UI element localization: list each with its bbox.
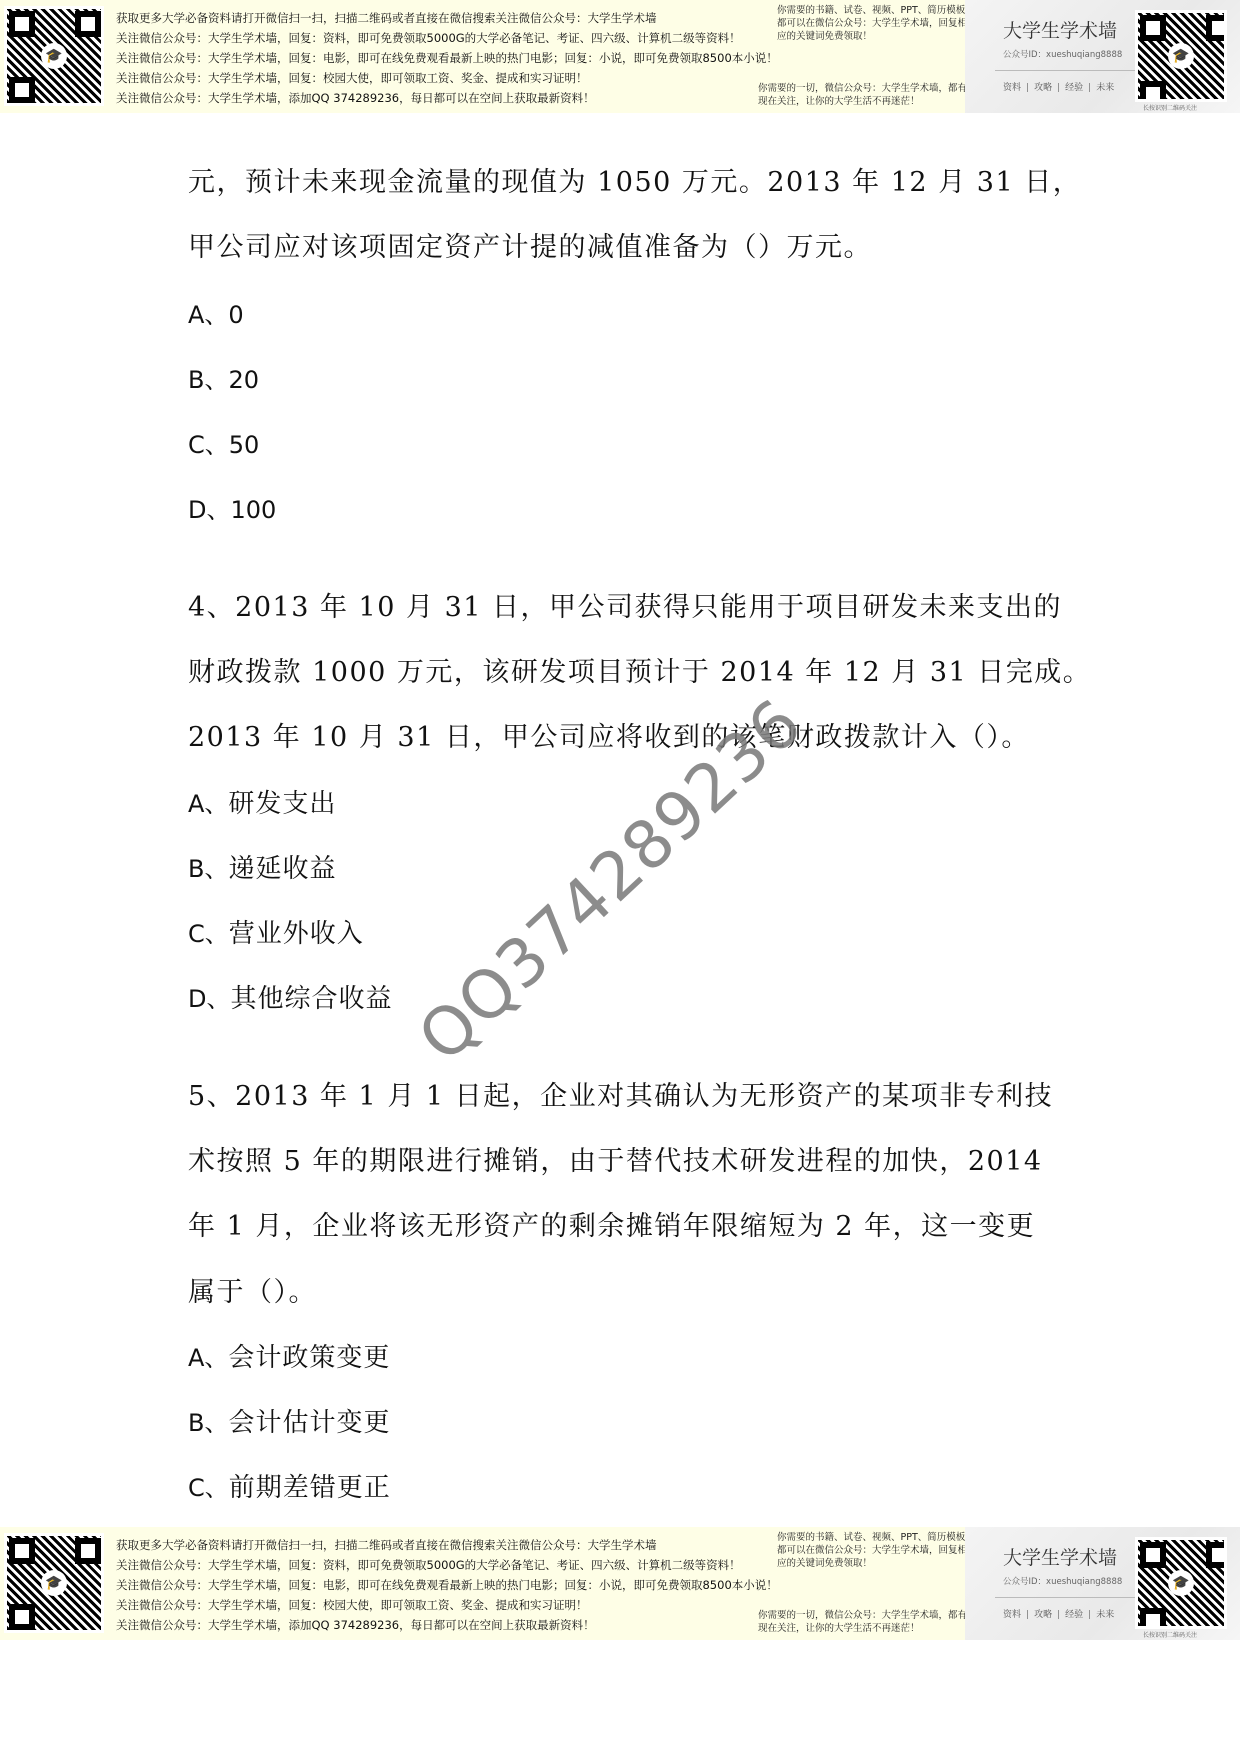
question3-option-a: A、0 xyxy=(188,295,244,335)
qr-code-right: 🎓 xyxy=(1135,1537,1227,1629)
promo-line: 关注微信公众号：大学生学术墙，添加QQ 374289236，每日都可以在空间上获… xyxy=(116,88,778,108)
side-note-bottom: 你需要的一切，微信公众号：大学生学术墙，都有！ 现在关注，让你的大学生活不再迷茫… xyxy=(758,1609,977,1635)
question4-option-a: A、研发支出 xyxy=(188,784,336,824)
brand-link: 经验 xyxy=(1065,83,1083,93)
option-text: 其他综合收益 xyxy=(230,984,392,1014)
option-key: A、 xyxy=(188,301,228,329)
qr-code-right: 🎓 xyxy=(1135,10,1227,102)
promo-line: 关注微信公众号：大学生学术墙，添加QQ 374289236，每日都可以在空间上获… xyxy=(116,1615,778,1635)
brand-title: 大学生学术墙 xyxy=(1003,16,1117,43)
question4-text-line: 2013 年 10 月 31 日，甲公司应将收到的该笔财政拨款计入（）。 xyxy=(188,718,1030,758)
question5-text-line: 年 1 月，企业将该无形资产的剩余摊销年限缩短为 2 年，这一变更 xyxy=(188,1207,1035,1247)
qr-pattern: 🎓 xyxy=(7,1536,101,1630)
option-key: A、 xyxy=(188,790,228,818)
qr-pattern: 🎓 xyxy=(1138,1540,1224,1626)
brand-link: 攻略 xyxy=(1034,1610,1052,1620)
brand-link: 未来 xyxy=(1096,1610,1114,1620)
brand-link: 资料 xyxy=(1003,1610,1021,1620)
footer-ad-banner: 🎓 获取更多大学必备资料请打开微信扫一扫，扫描二维码或者直接在微信搜索关注微信公… xyxy=(0,1527,1240,1640)
qr-caption: 长按识别二维码关注 xyxy=(1143,103,1197,112)
option-key: B、 xyxy=(188,1409,228,1437)
header-ad-banner: 🎓 获取更多大学必备资料请打开微信扫一扫，扫描二维码或者直接在微信搜索关注微信公… xyxy=(0,0,1240,113)
question5-text-line: 术按照 5 年的期限进行摊销，由于替代技术研发进程的加快，2014 xyxy=(188,1142,1043,1182)
promo-line: 关注微信公众号：大学生学术墙，回复：资料，即可免费领取5000G的大学必备笔记、… xyxy=(116,1555,778,1575)
separator: | xyxy=(1088,83,1091,93)
divider xyxy=(995,70,1135,71)
brand-link: 攻略 xyxy=(1034,83,1052,93)
question3-option-b: B、20 xyxy=(188,360,259,400)
option-key: C、 xyxy=(188,431,229,459)
promo-line: 关注微信公众号：大学生学术墙，回复：校园大使，即可领取工资、奖金、提成和实习证明… xyxy=(116,1595,778,1615)
separator: | xyxy=(1026,1610,1029,1620)
qr-caption: 长按识别二维码关注 xyxy=(1143,1630,1197,1639)
graduation-cap-icon: 🎓 xyxy=(41,43,67,69)
option-text: 前期差错更正 xyxy=(229,1473,391,1503)
side-note-line: 你需要的一切，微信公众号：大学生学术墙，都有！ xyxy=(758,82,977,95)
side-note-line: 你需要的一切，微信公众号：大学生学术墙，都有！ xyxy=(758,1609,977,1622)
option-key: D、 xyxy=(188,496,230,524)
option-key: B、 xyxy=(188,855,228,883)
question4-option-c: C、营业外收入 xyxy=(188,914,364,954)
brand-title: 大学生学术墙 xyxy=(1003,1543,1117,1570)
option-text: 20 xyxy=(228,366,259,394)
divider xyxy=(995,1597,1135,1598)
side-note-top: 你需要的书籍、试卷、视频、PPT、简历模板 都可以在微信公众号：大学生学术墙，回… xyxy=(777,1531,967,1570)
promo-line: 关注微信公众号：大学生学术墙，回复：校园大使，即可领取工资、奖金、提成和实习证明… xyxy=(116,68,778,88)
option-key: B、 xyxy=(188,366,228,394)
promo-text-block: 获取更多大学必备资料请打开微信扫一扫，扫描二维码或者直接在微信搜索关注微信公众号… xyxy=(116,8,778,108)
option-text: 营业外收入 xyxy=(229,919,364,949)
option-text: 研发支出 xyxy=(228,789,336,819)
promo-line: 关注微信公众号：大学生学术墙，回复：资料，即可免费领取5000G的大学必备笔记、… xyxy=(116,28,778,48)
question3-text-line: 甲公司应对该项固定资产计提的减值准备为（）万元。 xyxy=(188,228,872,268)
question3-option-c: C、50 xyxy=(188,425,259,465)
promo-line: 获取更多大学必备资料请打开微信扫一扫，扫描二维码或者直接在微信搜索关注微信公众号… xyxy=(116,1535,778,1555)
qr-pattern: 🎓 xyxy=(7,9,101,103)
option-key: C、 xyxy=(188,1474,229,1502)
question4-text-line: 财政拨款 1000 万元，该研发项目预计于 2014 年 12 月 31 日完成… xyxy=(188,653,1091,693)
qr-code-left: 🎓 xyxy=(4,1533,104,1633)
side-note-line: 都可以在微信公众号：大学生学术墙，回复相 xyxy=(777,1544,967,1557)
separator: | xyxy=(1057,1610,1060,1620)
option-key: D、 xyxy=(188,985,230,1013)
promo-line: 关注微信公众号：大学生学术墙，回复：电影，即可在线免费观看最新上映的热门电影；回… xyxy=(116,48,778,68)
question5-option-a: A、会计政策变更 xyxy=(188,1338,390,1378)
graduation-cap-icon: 🎓 xyxy=(1168,43,1194,69)
qr-code-left: 🎓 xyxy=(4,6,104,106)
option-text: 100 xyxy=(230,496,276,524)
brand-links: 资料|攻略|经验|未来 xyxy=(1003,1607,1114,1620)
separator: | xyxy=(1088,1610,1091,1620)
question5-text-line: 属于（）。 xyxy=(188,1273,317,1313)
side-note-line: 都可以在微信公众号：大学生学术墙，回复相 xyxy=(777,17,967,30)
separator: | xyxy=(1026,83,1029,93)
option-text: 0 xyxy=(228,301,243,329)
question4-option-d: D、其他综合收益 xyxy=(188,979,393,1019)
side-note-line: 应的关键词免费领取！ xyxy=(777,1557,967,1570)
option-text: 会计政策变更 xyxy=(228,1343,390,1373)
promo-text-block: 获取更多大学必备资料请打开微信扫一扫，扫描二维码或者直接在微信搜索关注微信公众号… xyxy=(116,1535,778,1635)
question5-option-c: C、前期差错更正 xyxy=(188,1468,391,1508)
brand-link: 未来 xyxy=(1096,83,1114,93)
graduation-cap-icon: 🎓 xyxy=(41,1570,67,1596)
promo-line: 获取更多大学必备资料请打开微信扫一扫，扫描二维码或者直接在微信搜索关注微信公众号… xyxy=(116,8,778,28)
side-note-line: 你需要的书籍、试卷、视频、PPT、简历模板 xyxy=(777,1531,967,1544)
brand-link: 资料 xyxy=(1003,83,1021,93)
question3-text-line: 元，预计未来现金流量的现值为 1050 万元。2013 年 12 月 31 日， xyxy=(188,163,1081,203)
brand-account-id: 公众号ID：xueshuqiang8888 xyxy=(1003,1575,1122,1587)
side-note-top: 你需要的书籍、试卷、视频、PPT、简历模板 都可以在微信公众号：大学生学术墙，回… xyxy=(777,4,967,43)
side-note-line: 你需要的书籍、试卷、视频、PPT、简历模板 xyxy=(777,4,967,17)
option-key: A、 xyxy=(188,1344,228,1372)
option-key: C、 xyxy=(188,920,229,948)
option-text: 50 xyxy=(229,431,260,459)
graduation-cap-icon: 🎓 xyxy=(1168,1570,1194,1596)
side-note-line: 现在关注，让你的大学生活不再迷茫！ xyxy=(758,95,977,108)
qr-pattern: 🎓 xyxy=(1138,13,1224,99)
question5-text-line: 5、2013 年 1 月 1 日起，企业对其确认为无形资产的某项非专利技 xyxy=(188,1077,1053,1117)
promo-line: 关注微信公众号：大学生学术墙，回复：电影，即可在线免费观看最新上映的热门电影；回… xyxy=(116,1575,778,1595)
side-note-line: 应的关键词免费领取！ xyxy=(777,30,967,43)
side-note-line: 现在关注，让你的大学生活不再迷茫！ xyxy=(758,1622,977,1635)
option-text: 递延收益 xyxy=(228,854,336,884)
question5-option-b: B、会计估计变更 xyxy=(188,1403,390,1443)
brand-links: 资料|攻略|经验|未来 xyxy=(1003,80,1114,93)
separator: | xyxy=(1057,83,1060,93)
question3-option-d: D、100 xyxy=(188,490,276,530)
brand-link: 经验 xyxy=(1065,1610,1083,1620)
question4-option-b: B、递延收益 xyxy=(188,849,336,889)
question4-text-line: 4、2013 年 10 月 31 日，甲公司获得只能用于项目研发未来支出的 xyxy=(188,588,1062,628)
option-text: 会计估计变更 xyxy=(228,1408,390,1438)
brand-account-id: 公众号ID：xueshuqiang8888 xyxy=(1003,48,1122,60)
side-note-bottom: 你需要的一切，微信公众号：大学生学术墙，都有！ 现在关注，让你的大学生活不再迷茫… xyxy=(758,82,977,108)
